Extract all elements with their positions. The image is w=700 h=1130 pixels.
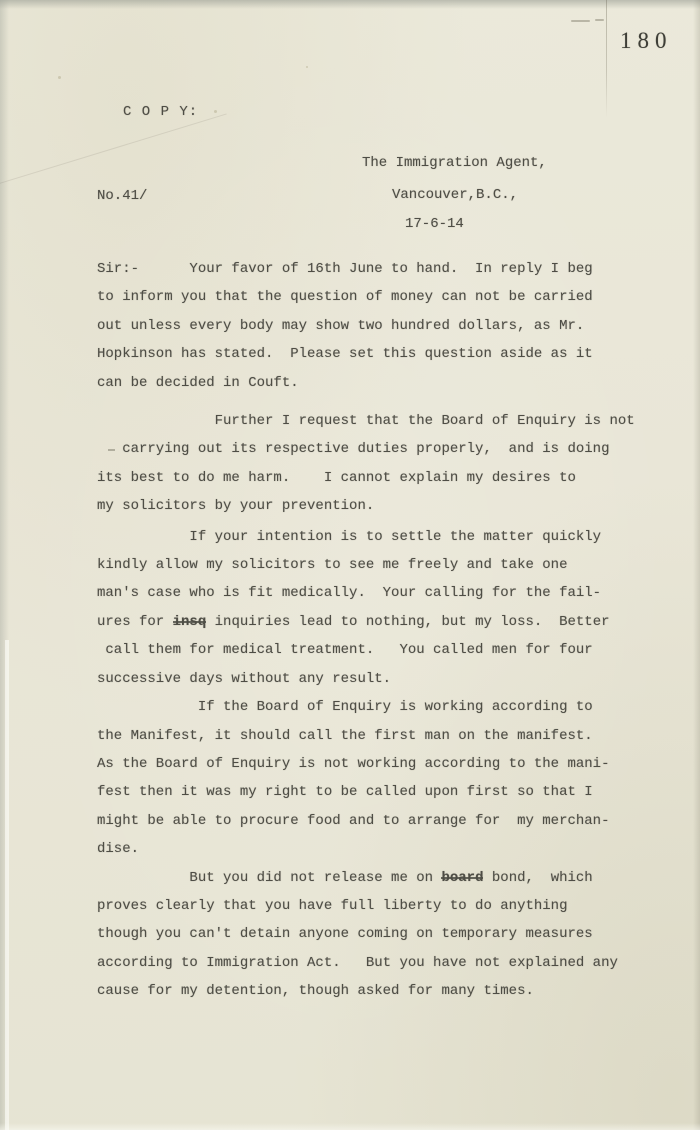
text-segment: Sir:- Your favor of 16th June to hand. I… <box>97 261 593 277</box>
struck-out-word: insq <box>173 614 207 630</box>
text-segment: according to Immigration Act. But you ha… <box>97 955 618 971</box>
text-segment: successive days without any result. <box>97 671 391 687</box>
text-segment: call them for medical treatment. You cal… <box>97 642 593 658</box>
text-segment: fest then it was my right to be called u… <box>97 784 593 800</box>
scan-edge-left <box>0 0 9 1130</box>
letter-line: If your intention is to settle the matte… <box>97 523 682 551</box>
letter-line: though you can't detain anyone coming on… <box>97 920 682 948</box>
letter-line: Hopkinson has stated. Please set this qu… <box>97 340 682 368</box>
text-segment: If the Board of Enquiry is working accor… <box>97 699 593 715</box>
text-segment: out unless every body may show two hundr… <box>97 318 584 334</box>
foxing-spot <box>214 110 217 113</box>
text-segment: Hopkinson has stated. Please set this qu… <box>97 346 593 362</box>
letter-line: If the Board of Enquiry is working accor… <box>97 693 682 721</box>
letter-line: my solicitors by your prevention. <box>97 492 682 520</box>
struck-out-word: board <box>441 870 483 886</box>
text-segment: its best to do me harm. I cannot explain… <box>97 470 576 486</box>
crease-mark <box>571 20 590 22</box>
foxing-spot <box>306 66 308 68</box>
letter-paragraph: Further I request that the Board of Enqu… <box>97 407 682 521</box>
letter-paragraph: Sir:- Your favor of 16th June to hand. I… <box>97 255 682 397</box>
letter-paragraph: But you did not release me on board bond… <box>97 864 682 1006</box>
recipient-line: The Immigration Agent, <box>362 153 547 173</box>
paper-edge-highlight <box>5 640 9 1130</box>
letter-line: As the Board of Enquiry is not working a… <box>97 750 682 778</box>
letter-line: might be able to procure food and to arr… <box>97 807 682 835</box>
letter-line: fest then it was my right to be called u… <box>97 778 682 806</box>
recipient-city-line: Vancouver,B.C., <box>392 185 518 205</box>
letter-line: its best to do me harm. I cannot explain… <box>97 464 682 492</box>
letter-line: the Manifest, it should call the first m… <box>97 722 682 750</box>
text-segment: carrying out its respective duties prope… <box>97 441 609 457</box>
letter-line: Further I request that the Board of Enqu… <box>97 407 682 435</box>
letter-line: ures for insq inquiries lead to nothing,… <box>97 608 682 636</box>
letter-line: carrying out its respective duties prope… <box>97 435 682 463</box>
text-segment: to inform you that the question of money… <box>97 289 593 305</box>
letter-line: to inform you that the question of money… <box>97 283 682 311</box>
text-segment: kindly allow my solicitors to see me fre… <box>97 557 567 573</box>
letter-line: according to Immigration Act. But you ha… <box>97 949 682 977</box>
letter-line: call them for medical treatment. You cal… <box>97 636 682 664</box>
scanned-letter-page: 180 C O P Y: The Immigration Agent, No.4… <box>0 0 700 1130</box>
scan-edge-right <box>693 0 700 1130</box>
fold-crease-vertical <box>606 0 607 118</box>
text-segment: can be decided in Couft. <box>97 375 299 391</box>
text-segment: might be able to procure food and to arr… <box>97 813 609 829</box>
letter-line: dise. <box>97 835 682 863</box>
letter-paragraph: If the Board of Enquiry is working accor… <box>97 693 682 863</box>
crease-mark <box>595 19 604 21</box>
letter-line: But you did not release me on board bond… <box>97 864 682 892</box>
copy-label: C O P Y: <box>123 102 198 122</box>
letter-line: cause for my detention, though asked for… <box>97 977 682 1005</box>
text-segment: though you can't detain anyone coming on… <box>97 926 593 942</box>
letter-line: proves clearly that you have full libert… <box>97 892 682 920</box>
letter-body: Sir:- Your favor of 16th June to hand. I… <box>97 255 682 1006</box>
scan-edge-bottom <box>0 1123 700 1130</box>
letter-paragraph: If your intention is to settle the matte… <box>97 523 682 693</box>
letter-line: can be decided in Couft. <box>97 369 682 397</box>
letter-line: out unless every body may show two hundr… <box>97 312 682 340</box>
text-segment: As the Board of Enquiry is not working a… <box>97 756 609 772</box>
text-segment: But you did not release me on <box>97 870 441 886</box>
letter-line: Sir:- Your favor of 16th June to hand. I… <box>97 255 682 283</box>
fold-crease-diagonal <box>0 113 227 187</box>
text-segment: cause for my detention, though asked for… <box>97 983 534 999</box>
letter-line: successive days without any result. <box>97 665 682 693</box>
text-segment: the Manifest, it should call the first m… <box>97 728 593 744</box>
letter-line: kindly allow my solicitors to see me fre… <box>97 551 682 579</box>
page-number: 180 <box>620 28 673 54</box>
text-segment: proves clearly that you have full libert… <box>97 898 567 914</box>
text-segment: ures for <box>97 614 173 630</box>
scan-edge-top <box>0 0 700 9</box>
text-segment: bond, which <box>483 870 592 886</box>
letter-date: 17-6-14 <box>405 214 464 234</box>
text-segment: man's case who is fit medically. Your ca… <box>97 585 601 601</box>
text-segment: dise. <box>97 841 139 857</box>
text-segment: inquiries lead to nothing, but my loss. … <box>206 614 609 630</box>
text-segment: my solicitors by your prevention. <box>97 498 374 514</box>
letter-line: man's case who is fit medically. Your ca… <box>97 579 682 607</box>
text-segment: If your intention is to settle the matte… <box>97 529 601 545</box>
file-number: No.41/ <box>97 186 147 206</box>
text-segment: Further I request that the Board of Enqu… <box>97 413 635 429</box>
foxing-spot <box>58 76 61 79</box>
